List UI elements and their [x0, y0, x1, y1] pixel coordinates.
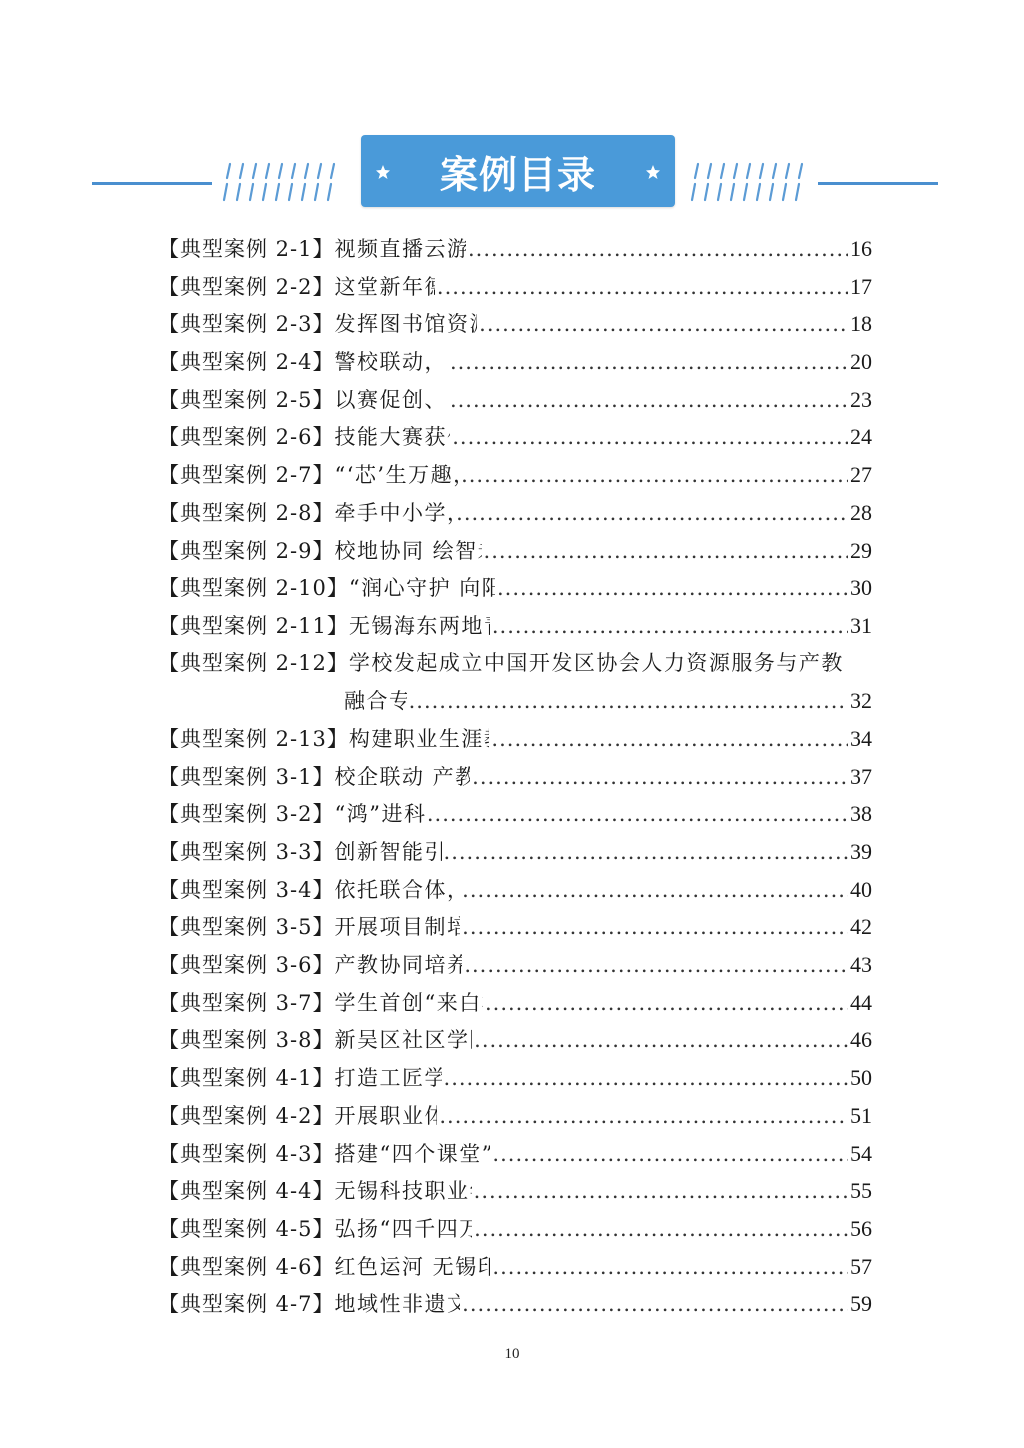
toc-entry[interactable]: 【典型案例 3-3】创新智能引擎，领跑智慧赛道39 [158, 833, 872, 871]
toc-page: 16 [850, 230, 872, 268]
toc-label: 【典型案例 2-6】 [158, 419, 335, 457]
toc-title: 红色运河 无锡印记——情景党课走“新”更走“心” [335, 1249, 491, 1287]
dot-leader [474, 1211, 848, 1249]
toc-entry-continuation[interactable]: 融合专业委员会32 [158, 682, 872, 720]
toc-label: 【典型案例 3-3】 [158, 834, 335, 872]
toc-title: “‘芯’生万趣，共赴未来”阳光体育节 [335, 457, 460, 495]
toc-title: 开展职业体验 点燃科技梦想 [335, 1098, 438, 1136]
toc-title: 构建职业生涯教育体系 实现高质量充分就业 [349, 721, 490, 759]
toc-label: 【典型案例 2-1】 [158, 231, 335, 269]
toc-label: 【典型案例 4-5】 [158, 1211, 335, 1249]
dot-leader [439, 1098, 848, 1136]
toc-title: 学生首创“来白相相”苏南地区旅游推荐官项目 [335, 985, 483, 1023]
dot-leader [492, 1136, 848, 1174]
toc-label: 【典型案例 2-5】 [158, 382, 335, 420]
toc-label: 【典型案例 4-1】 [158, 1060, 335, 1098]
banner-line-right [818, 182, 938, 185]
toc-title: 弘扬“四千四万”精神，点燃青年信仰之炬 [335, 1211, 473, 1249]
dot-leader [472, 759, 848, 797]
toc-label: 【典型案例 2-8】 [158, 495, 335, 533]
toc-entry[interactable]: 【典型案例 4-3】搭建“四个课堂” 让积极分子培训班有“味”更有为54 [158, 1135, 872, 1173]
toc-entry[interactable]: 【典型案例 2-7】“‘芯’生万趣，共赴未来”阳光体育节27 [158, 456, 872, 494]
slash-decoration-right [688, 160, 818, 204]
dot-leader [437, 269, 848, 307]
dot-leader [450, 382, 848, 420]
banner-title: 案例目录 [440, 144, 596, 199]
toc-title: 牵手中小学，共启工程教育新篇章 [335, 495, 455, 533]
toc-entry[interactable]: 【典型案例 3-4】依托联合体，校企融合助力成果转化40 [158, 871, 872, 909]
dot-leader [464, 947, 848, 985]
toc-entry[interactable]: 【典型案例 2-13】构建职业生涯教育体系 实现高质量充分就业34 [158, 720, 872, 758]
dot-leader [462, 1286, 848, 1324]
toc-label: 【典型案例 3-2】 [158, 796, 335, 834]
toc-label: 【典型案例 2-7】 [158, 457, 335, 495]
toc-entry[interactable]: 【典型案例 2-2】这堂新年德育课，热辣滚烫17 [158, 268, 872, 306]
dot-leader [444, 834, 848, 872]
toc-label: 【典型案例 3-7】 [158, 985, 335, 1023]
toc-page: 42 [850, 908, 872, 946]
toc-page: 38 [850, 795, 872, 833]
dot-leader [491, 721, 848, 759]
toc-page: 31 [850, 607, 872, 645]
dot-leader [461, 457, 848, 495]
toc-entry[interactable]: 【典型案例 2-12】学校发起成立中国开发区协会人力资源服务与产教 [158, 645, 872, 683]
toc-title: 依托联合体，校企融合助力成果转化 [335, 872, 461, 910]
page-number: 10 [0, 1346, 1024, 1363]
toc-label: 【典型案例 2-13】 [158, 721, 349, 759]
dot-leader [462, 909, 848, 947]
toc-page: 40 [850, 871, 872, 909]
dot-leader [468, 231, 848, 269]
toc-label: 【典型案例 3-4】 [158, 872, 335, 910]
slash-decoration-left [220, 160, 350, 204]
toc-page: 37 [850, 758, 872, 796]
banner-title-box: 案例目录 [361, 135, 675, 207]
toc-entry[interactable]: 【典型案例 2-1】视频直播云游新区，师生同框燃爆网络16 [158, 230, 872, 268]
toc-page: 59 [850, 1285, 872, 1323]
toc-label: 【典型案例 4-4】 [158, 1173, 335, 1211]
toc-page: 20 [850, 343, 872, 381]
dot-leader [492, 608, 848, 646]
section-banner: 案例目录 [0, 130, 1024, 210]
toc-label: 【典型案例 4-2】 [158, 1098, 335, 1136]
toc-entry[interactable]: 【典型案例 4-6】红色运河 无锡印记——情景党课走“新”更走“心”57 [158, 1248, 872, 1286]
toc-title: 视频直播云游新区，师生同框燃爆网络 [335, 231, 467, 269]
toc-label: 【典型案例 3-5】 [158, 909, 335, 947]
toc-title: 学校发起成立中国开发区协会人力资源服务与产教 [349, 645, 872, 683]
toc-label: 【典型案例 4-7】 [158, 1286, 335, 1324]
toc-page: 32 [850, 682, 872, 720]
toc-entry[interactable]: 【典型案例 3-2】“鸿”进科院 启“蒙”人才38 [158, 795, 872, 833]
toc-title: “鸿”进科院 启“蒙”人才 [335, 796, 425, 834]
toc-label: 【典型案例 4-3】 [158, 1136, 335, 1174]
toc-page: 27 [850, 456, 872, 494]
toc-title: 以赛促创、以赛促教、以赛促学 [335, 382, 448, 420]
toc-page: 43 [850, 946, 872, 984]
toc-entry[interactable]: 【典型案例 3-8】新吴区社区学院“吴地游学”赋能终身学习46 [158, 1021, 872, 1059]
toc-entry[interactable]: 【典型案例 2-3】发挥图书馆资源优势，赋能新时代思政教育18 [158, 305, 872, 343]
dot-leader [485, 985, 848, 1023]
toc-label: 【典型案例 2-4】 [158, 344, 335, 382]
toc-entry[interactable]: 【典型案例 2-4】警校联动，守护平安校园新篇章20 [158, 343, 872, 381]
toc-title: 创新智能引擎，领跑智慧赛道 [335, 834, 442, 872]
toc-entry[interactable]: 【典型案例 3-5】开展项目制培训，赋能产业促进就业42 [158, 908, 872, 946]
dot-leader [444, 1060, 848, 1098]
dot-leader [479, 306, 848, 344]
dot-leader [450, 344, 848, 382]
table-of-contents: 【典型案例 2-1】视频直播云游新区，师生同框燃爆网络16 【典型案例 2-2】… [158, 230, 872, 1323]
toc-label: 【典型案例 2-12】 [158, 645, 349, 683]
toc-entry[interactable]: 【典型案例 3-7】学生首创“来白相相”苏南地区旅游推荐官项目44 [158, 984, 872, 1022]
toc-label: 【典型案例 3-8】 [158, 1022, 335, 1060]
toc-label: 【典型案例 3-6】 [158, 947, 335, 985]
toc-page: 23 [850, 381, 872, 419]
dot-leader [484, 533, 848, 571]
toc-page: 39 [850, 833, 872, 871]
dot-leader [456, 495, 848, 533]
toc-page: 28 [850, 494, 872, 532]
toc-entry[interactable]: 【典型案例 2-10】“润心守护 向阳花开”，构建家校社育人新格局30 [158, 569, 872, 607]
toc-page: 46 [850, 1021, 872, 1059]
star-icon [645, 164, 661, 180]
toc-entry[interactable]: 【典型案例 4-7】地域性非遗文化融入学校美育显成效59 [158, 1285, 872, 1323]
toc-entry[interactable]: 【典型案例 2-11】无锡海东两地青年学子“跨越山海 共筑梦想”31 [158, 607, 872, 645]
toc-title: 校地协同 绘智未来 助力青少年“花式”过暑期 [335, 533, 482, 571]
toc-page: 50 [850, 1059, 872, 1097]
toc-title: 地域性非遗文化融入学校美育显成效 [335, 1286, 461, 1324]
toc-title: 发挥图书馆资源优势，赋能新时代思政教育 [335, 306, 478, 344]
toc-entry[interactable]: 【典型案例 4-1】打造工匠学院，助力产业发展50 [158, 1059, 872, 1097]
toc-title: 警校联动，守护平安校园新篇章 [335, 344, 448, 382]
dot-leader [427, 796, 848, 834]
toc-page: 17 [850, 268, 872, 306]
toc-page: 29 [850, 532, 872, 570]
toc-label: 【典型案例 2-10】 [158, 570, 349, 608]
dot-leader [497, 570, 848, 608]
toc-page: 55 [850, 1172, 872, 1210]
star-icon [375, 164, 391, 180]
toc-entry[interactable]: 【典型案例 2-9】校地协同 绘智未来 助力青少年“花式”过暑期29 [158, 532, 872, 570]
toc-page: 44 [850, 984, 872, 1022]
dot-leader [474, 1022, 848, 1060]
toc-title: 开展项目制培训，赋能产业促进就业 [335, 909, 461, 947]
toc-title: 产教协同培养人才 助力跨电产业发展 [335, 947, 463, 985]
dot-leader [409, 683, 848, 721]
toc-entry[interactable]: 【典型案例 4-5】弘扬“四千四万”精神，点燃青年信仰之炬56 [158, 1210, 872, 1248]
toc-page: 30 [850, 569, 872, 607]
toc-label: 【典型案例 2-2】 [158, 269, 335, 307]
toc-title: 无锡海东两地青年学子“跨越山海 共筑梦想” [349, 608, 490, 646]
toc-title: 校企联动 产教融合 共谋新质生产力发展 [335, 759, 471, 797]
dot-leader [462, 872, 848, 910]
toc-title-continuation: 融合专业委员会 [344, 683, 407, 721]
toc-label: 【典型案例 4-6】 [158, 1249, 335, 1287]
dot-leader [474, 1173, 848, 1211]
toc-page: 24 [850, 418, 872, 456]
toc-page: 56 [850, 1210, 872, 1248]
toc-entry[interactable]: 【典型案例 2-8】牵手中小学，共启工程教育新篇章28 [158, 494, 872, 532]
toc-title: 搭建“四个课堂” 让积极分子培训班有“味”更有为 [335, 1136, 491, 1174]
toc-title: 新吴区社区学院“吴地游学”赋能终身学习 [335, 1022, 473, 1060]
toc-entry[interactable]: 【典型案例 2-6】技能大赛获佳绩 教育改革出成果24 [158, 418, 872, 456]
toc-entry[interactable]: 【典型案例 2-5】以赛促创、以赛促教、以赛促学23 [158, 381, 872, 419]
toc-title: 无锡科技职业学院以青春之名赴家乡之约 [335, 1173, 472, 1211]
dot-leader [452, 419, 848, 457]
toc-entry[interactable]: 【典型案例 4-4】无锡科技职业学院以青春之名赴家乡之约55 [158, 1172, 872, 1210]
toc-page: 34 [850, 720, 872, 758]
toc-title: 打造工匠学院，助力产业发展 [335, 1060, 442, 1098]
toc-label: 【典型案例 2-3】 [158, 306, 335, 344]
banner-line-left [92, 182, 212, 185]
toc-title: 这堂新年德育课，热辣滚烫 [335, 269, 435, 307]
toc-title: “润心守护 向阳花开”，构建家校社育人新格局 [349, 570, 495, 608]
toc-label: 【典型案例 2-11】 [158, 608, 349, 646]
toc-entry[interactable]: 【典型案例 4-2】开展职业体验 点燃科技梦想51 [158, 1097, 872, 1135]
toc-title: 技能大赛获佳绩 教育改革出成果 [335, 419, 451, 457]
toc-label: 【典型案例 3-1】 [158, 759, 335, 797]
toc-page: 51 [850, 1097, 872, 1135]
dot-leader [492, 1249, 848, 1287]
toc-page: 57 [850, 1248, 872, 1286]
toc-entry[interactable]: 【典型案例 3-6】产教协同培养人才 助力跨电产业发展43 [158, 946, 872, 984]
toc-label: 【典型案例 2-9】 [158, 533, 335, 571]
toc-entry[interactable]: 【典型案例 3-1】校企联动 产教融合 共谋新质生产力发展37 [158, 758, 872, 796]
toc-page: 18 [850, 305, 872, 343]
toc-page: 54 [850, 1135, 872, 1173]
